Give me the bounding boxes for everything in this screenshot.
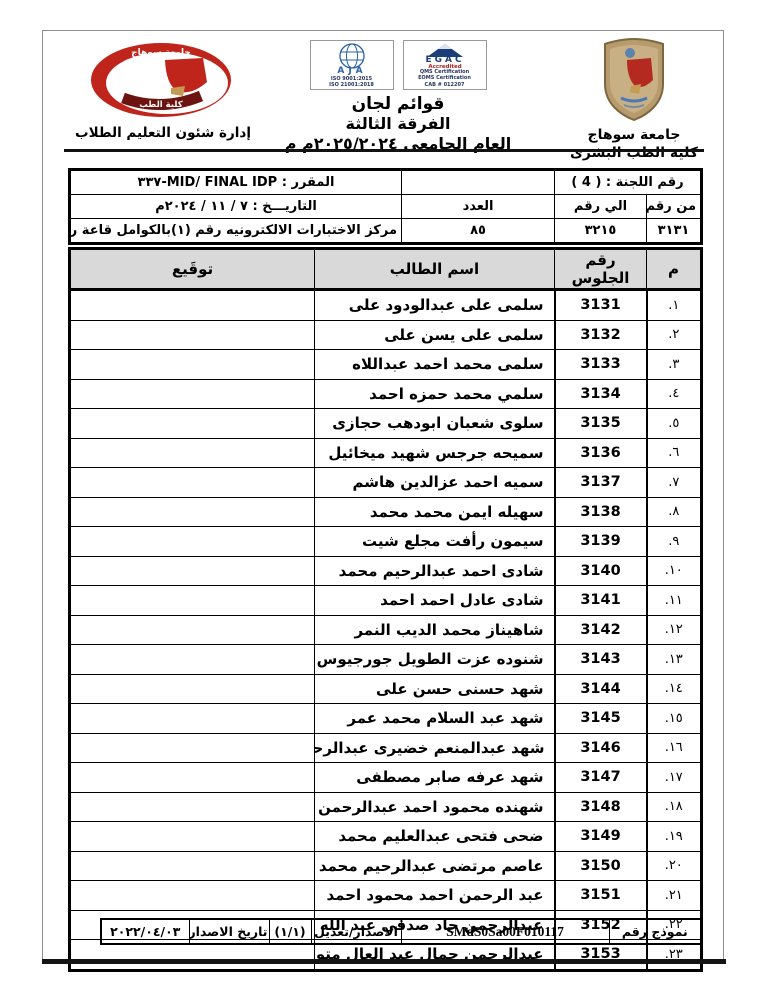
- student-name-cell: شادى احمد عبدالرحيم محمد: [315, 556, 555, 586]
- table-row: ٩.3139سيمون رأفت مجلع شيت: [70, 527, 702, 557]
- aja-globe-icon: AJA: [312, 42, 392, 76]
- exam-location-cell: مركز الاختبارات الالكترونيه رقم (١)بالكو…: [70, 219, 402, 244]
- seat-number-cell: 3145: [555, 704, 647, 734]
- document-title: قوائم لجان: [284, 94, 512, 114]
- header-left-block: جامعة سوهاج كلية الطب إدارة شئون التعليم…: [74, 40, 252, 141]
- seat-number-cell: 3143: [555, 645, 647, 675]
- serial-cell: ١٣.: [647, 645, 702, 675]
- table-row: ٢.3132سلمى على يسن على: [70, 320, 702, 350]
- table-row: ١٥.3145شهد عبد السلام محمد عمر: [70, 704, 702, 734]
- table-row: ٣.3133سلمى محمد احمد عبداللاه: [70, 350, 702, 380]
- serial-cell: ٣.: [647, 350, 702, 380]
- seat-number-cell: 3142: [555, 615, 647, 645]
- header-seat-number: رقم الجلوس: [555, 249, 647, 290]
- info-row-3: ٣١٣١ ٣٢١٥ ٨٥ مركز الاختبارات الالكترونيه…: [70, 219, 702, 244]
- to-number-label: الي رقم: [555, 195, 647, 219]
- student-name-cell: سلمى محمد احمد عبداللاه: [315, 350, 555, 380]
- student-name-cell: سهيله ايمن محمد محمد: [315, 497, 555, 527]
- signature-cell: [70, 379, 315, 409]
- seat-number-cell: 3131: [555, 290, 647, 321]
- student-name-cell: سلمى على عبدالودود على: [315, 290, 555, 321]
- student-name-cell: عبد الرحمن احمد محمود احمد: [315, 881, 555, 911]
- university-name: جامعة سوهاج: [552, 126, 716, 144]
- serial-cell: ٥.: [647, 409, 702, 439]
- signature-cell: [70, 438, 315, 468]
- egac-mountain-icon: EGAC Accredited: [405, 42, 485, 69]
- grade-title: الفرقة الثالثة: [284, 114, 512, 134]
- students-table: م رقم الجلوس اسم الطالب توقَيع ١.3131سلم…: [68, 247, 703, 972]
- signature-cell: [70, 350, 315, 380]
- seat-number-cell: 3149: [555, 822, 647, 852]
- count-value: ٨٥: [402, 219, 555, 244]
- table-row: ١٢.3142شاهيناز محمد الديب النمر: [70, 615, 702, 645]
- form-footer-table: نموذج رقم SMdS0Sa00F010117 الاصدار/تعديل…: [100, 918, 702, 945]
- student-name-cell: شهد حسنى حسن على: [315, 674, 555, 704]
- seat-number-cell: 3148: [555, 792, 647, 822]
- form-number-label: نموذج رقم: [609, 919, 701, 944]
- serial-cell: ٢.: [647, 320, 702, 350]
- seat-number-cell: 3133: [555, 350, 647, 380]
- header-right-block: جامعة سوهاج كلية الطب البشرى: [552, 36, 716, 162]
- signature-cell: [70, 792, 315, 822]
- header-signature: توقَيع: [70, 249, 315, 290]
- signature-cell: [70, 733, 315, 763]
- header-separator-rule: [64, 149, 704, 152]
- serial-cell: ٩.: [647, 527, 702, 557]
- committee-info-table: رقم اللجنة : ( 4 ) المقرر : MID/ FINAL I…: [68, 168, 703, 245]
- table-row: ٢١.3151عبد الرحمن احمد محمود احمد: [70, 881, 702, 911]
- serial-cell: ٦.: [647, 438, 702, 468]
- exam-committee-sheet: { "header": { "left": { "dept": "إدارة ش…: [0, 0, 768, 994]
- serial-cell: ١٦.: [647, 733, 702, 763]
- signature-cell: [70, 674, 315, 704]
- header-student-name: اسم الطالب: [315, 249, 555, 290]
- signature-cell: [70, 468, 315, 498]
- table-row: ١١.3141شادى عادل احمد احمد: [70, 586, 702, 616]
- serial-cell: ١.: [647, 290, 702, 321]
- to-number-value: ٣٢١٥: [555, 219, 647, 244]
- table-row: ١٧.3147شهد عرفه صابر مصطفى: [70, 763, 702, 793]
- seat-number-cell: 3139: [555, 527, 647, 557]
- certification-logos-row: EGAC Accredited QMS Certification EOMS C…: [284, 40, 512, 90]
- serial-cell: ١٠.: [647, 556, 702, 586]
- logo-bottom-text: كلية الطب: [139, 100, 182, 110]
- count-label: العدد: [402, 195, 555, 219]
- serial-cell: ٨.: [647, 497, 702, 527]
- signature-cell: [70, 320, 315, 350]
- aja-certification-logo: AJA ISO 9001:2015 ISO 21001:2018: [310, 40, 394, 90]
- seat-number-cell: 3144: [555, 674, 647, 704]
- serial-cell: ٢٠.: [647, 851, 702, 881]
- issue-date-value: ٢٠٢٢/٠٤/٠٣: [101, 919, 189, 944]
- signature-cell: [70, 497, 315, 527]
- seat-number-cell: 3150: [555, 851, 647, 881]
- seat-number-cell: 3135: [555, 409, 647, 439]
- table-row: ١٩.3149ضحى فتحى عبدالعليم محمد: [70, 822, 702, 852]
- student-name-cell: شهنده محمود احمد عبدالرحمن: [315, 792, 555, 822]
- issue-revision-label: الاصدار/تعديل: [311, 919, 401, 944]
- student-table-body: ١.3131سلمى على عبدالودود على٢.3132سلمى ع…: [70, 290, 702, 971]
- table-row: ٨.3138سهيله ايمن محمد محمد: [70, 497, 702, 527]
- svg-text:AJA: AJA: [337, 66, 366, 76]
- info-row-1: رقم اللجنة : ( 4 ) المقرر : MID/ FINAL I…: [70, 170, 702, 195]
- exam-date-cell: التاريـــخ : ٧ / ١١ / ٢٠٢٤م: [70, 195, 402, 219]
- logo-top-text: جامعة سوهاج: [131, 48, 191, 58]
- signature-cell: [70, 822, 315, 852]
- serial-cell: ١٨.: [647, 792, 702, 822]
- student-name-cell: سميحه جرجس شهيد ميخائيل: [315, 438, 555, 468]
- serial-cell: ١٩.: [647, 822, 702, 852]
- page-bottom-rule: [42, 959, 726, 964]
- serial-cell: ١٧.: [647, 763, 702, 793]
- student-name-cell: سلمي محمد حمزه احمد: [315, 379, 555, 409]
- table-row: ١٨.3148شهنده محمود احمد عبدالرحمن: [70, 792, 702, 822]
- students-table-header: م رقم الجلوس اسم الطالب توقَيع: [70, 249, 702, 290]
- committee-number-cell: رقم اللجنة : ( 4 ): [555, 170, 702, 195]
- seat-number-cell: 3138: [555, 497, 647, 527]
- signature-cell: [70, 763, 315, 793]
- student-name-cell: سيمون رأفت مجلع شيت: [315, 527, 555, 557]
- signature-cell: [70, 851, 315, 881]
- table-row: ٧.3137سميه احمد عزالدين هاشم: [70, 468, 702, 498]
- info-row-2: من رقم الي رقم العدد التاريـــخ : ٧ / ١١…: [70, 195, 702, 219]
- signature-cell: [70, 615, 315, 645]
- seat-number-cell: 3146: [555, 733, 647, 763]
- faculty-name: كلية الطب البشرى: [552, 144, 716, 162]
- table-row: ١.3131سلمى على عبدالودود على: [70, 290, 702, 321]
- serial-cell: ١٢.: [647, 615, 702, 645]
- from-number-value: ٣١٣١: [647, 219, 702, 244]
- egac-accreditation-logo: EGAC Accredited QMS Certification EOMS C…: [403, 40, 487, 90]
- seat-number-cell: 3134: [555, 379, 647, 409]
- signature-cell: [70, 586, 315, 616]
- seat-number-cell: 3151: [555, 881, 647, 911]
- seat-number-cell: 3132: [555, 320, 647, 350]
- serial-cell: ٤.: [647, 379, 702, 409]
- seat-number-cell: 3137: [555, 468, 647, 498]
- student-name-cell: عاصم مرتضى عبدالرحيم محمد: [315, 851, 555, 881]
- signature-cell: [70, 704, 315, 734]
- aja-cert-text: ISO 9001:2015 ISO 21001:2018: [329, 76, 374, 89]
- university-seal-logo: [597, 36, 671, 122]
- form-code: SMdS0Sa00F010117: [401, 919, 609, 944]
- signature-cell: [70, 645, 315, 675]
- student-name-cell: شهد عرفه صابر مصطفى: [315, 763, 555, 793]
- course-cell: المقرر : MID/ FINAL IDP-٣٣٧: [70, 170, 402, 195]
- table-row: ١٦.3146شهد عبدالمنعم خضيرى عبدالرحمن: [70, 733, 702, 763]
- seat-number-cell: 3141: [555, 586, 647, 616]
- seat-number-cell: 3147: [555, 763, 647, 793]
- signature-cell: [70, 290, 315, 321]
- table-row: ١٠.3140شادى احمد عبدالرحيم محمد: [70, 556, 702, 586]
- student-name-cell: ضحى فتحى عبدالعليم محمد: [315, 822, 555, 852]
- serial-cell: ١٤.: [647, 674, 702, 704]
- signature-cell: [70, 409, 315, 439]
- table-row: ٥.3135سلوى شعبان ابودهب حجازى: [70, 409, 702, 439]
- student-name-cell: شاهيناز محمد الديب النمر: [315, 615, 555, 645]
- signature-cell: [70, 881, 315, 911]
- seat-number-cell: 3140: [555, 556, 647, 586]
- student-affairs-department-label: إدارة شئون التعليم الطلاب: [74, 125, 252, 141]
- student-name-cell: شهد عبد السلام محمد عمر: [315, 704, 555, 734]
- serial-cell: ١٥.: [647, 704, 702, 734]
- signature-cell: [70, 556, 315, 586]
- seat-number-cell: 3136: [555, 438, 647, 468]
- issue-date-label: تاريخ الاصدار: [189, 919, 269, 944]
- serial-cell: ٢١.: [647, 881, 702, 911]
- signature-cell: [70, 527, 315, 557]
- table-row: ٢٠.3150عاصم مرتضى عبدالرحيم محمد: [70, 851, 702, 881]
- table-row: ٦.3136سميحه جرجس شهيد ميخائيل: [70, 438, 702, 468]
- student-affairs-logo: جامعة سوهاج كلية الطب: [87, 40, 239, 120]
- student-name-cell: سلمى على يسن على: [315, 320, 555, 350]
- egac-cert-text: QMS Certification EOMS Certification CAB…: [418, 69, 471, 88]
- header-center-block: EGAC Accredited QMS Certification EOMS C…: [284, 40, 512, 154]
- issue-revision-value: (١/١): [269, 919, 311, 944]
- table-row: ١٣.3143شنوده عزت الطويل جورجيوس: [70, 645, 702, 675]
- student-name-cell: شنوده عزت الطويل جورجيوس: [315, 645, 555, 675]
- student-name-cell: سميه احمد عزالدين هاشم: [315, 468, 555, 498]
- from-number-label: من رقم: [647, 195, 702, 219]
- header-serial: م: [647, 249, 702, 290]
- student-name-cell: شادى عادل احمد احمد: [315, 586, 555, 616]
- serial-cell: ١١.: [647, 586, 702, 616]
- serial-cell: ٧.: [647, 468, 702, 498]
- table-row: ٤.3134سلمي محمد حمزه احمد: [70, 379, 702, 409]
- empty-cell: [402, 170, 555, 195]
- student-name-cell: سلوى شعبان ابودهب حجازى: [315, 409, 555, 439]
- table-row: ١٤.3144شهد حسنى حسن على: [70, 674, 702, 704]
- student-name-cell: شهد عبدالمنعم خضيرى عبدالرحمن: [315, 733, 555, 763]
